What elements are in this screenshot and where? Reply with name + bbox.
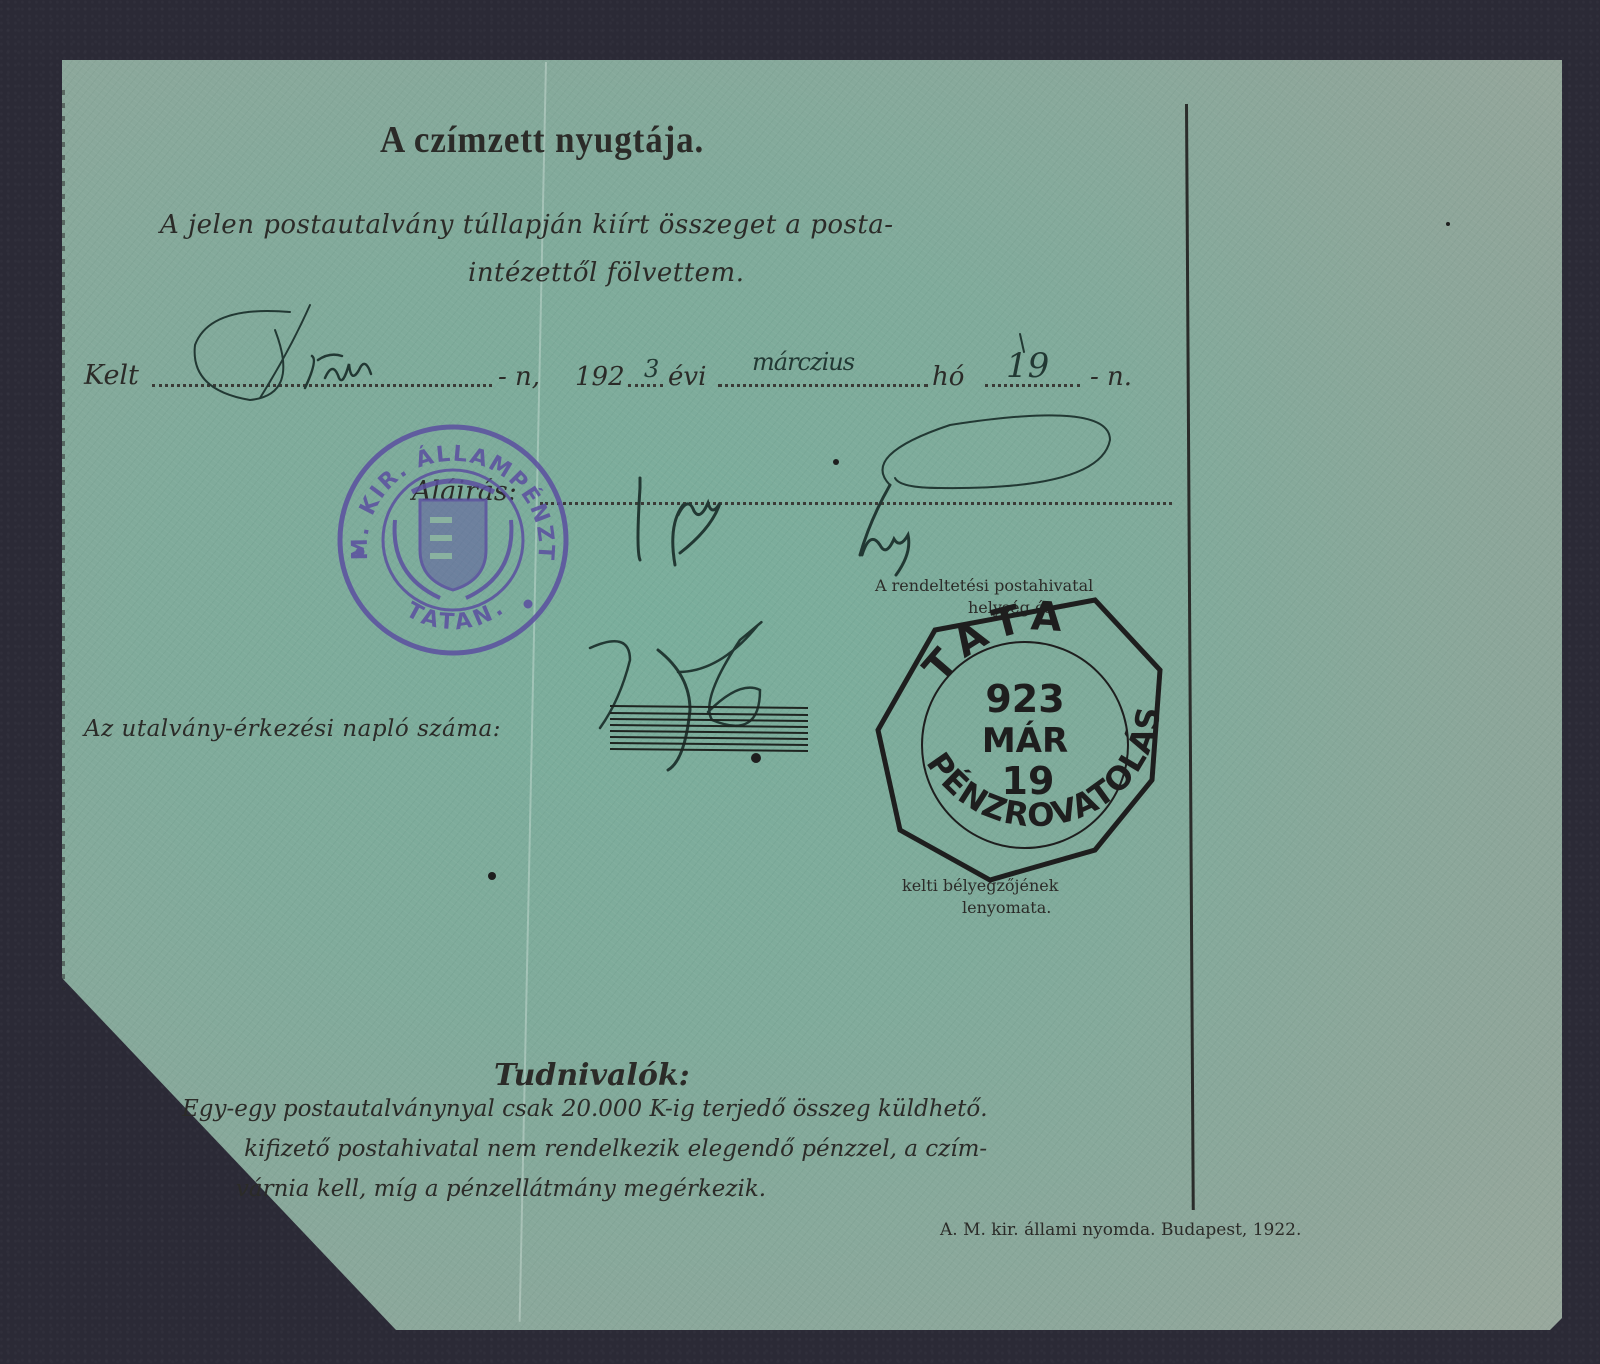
printer-footer: A. M. kir. állami nyomda. Budapest, 1922…	[940, 1220, 1301, 1240]
postmark-caption-line2: helység és	[968, 598, 1053, 617]
handwritten-month: márczius	[752, 348, 854, 376]
n-suffix-2: - n.	[1090, 362, 1132, 392]
place-dotted-line	[152, 382, 492, 387]
postmark-caption-line1: A rendeltetési postahivatal	[875, 576, 1093, 595]
evi-label: évi	[668, 362, 706, 392]
handwritten-day: 19	[1006, 346, 1049, 386]
intro-text-line2: intézettől fölvettem.	[468, 258, 744, 288]
notes-title: Tudnivalók:	[494, 1058, 690, 1093]
intro-text-line1: A jelen postautalvány túllapján kiírt ös…	[160, 210, 894, 240]
year-prefix: 192	[575, 362, 625, 392]
perforation-edge	[62, 90, 65, 990]
ho-label: hó	[932, 362, 964, 392]
document-title: A czímzett nyugtája.	[380, 118, 704, 162]
handwritten-year-digit: 3	[644, 355, 659, 383]
notes-line3: zettnek várnia kell, míg a pénzellátmány…	[142, 1176, 766, 1202]
signature-label: Aláirás:	[412, 476, 517, 507]
notes-line1: Egy-egy postautalványnyal csak 20.000 K-…	[182, 1096, 988, 1122]
kelt-label: Kelt	[84, 360, 139, 391]
journal-number-label: Az utalvány-érkezési napló száma:	[84, 716, 501, 742]
notes-line2: Ha a kifizető postahivatal nem rendelkez…	[182, 1136, 987, 1162]
postmark-caption-line4: lenyomata.	[962, 898, 1051, 917]
n-suffix-1: - n,	[498, 362, 540, 392]
postmark-caption-line3: kelti bélyegzőjének	[902, 876, 1058, 895]
month-dotted-line	[718, 382, 928, 387]
